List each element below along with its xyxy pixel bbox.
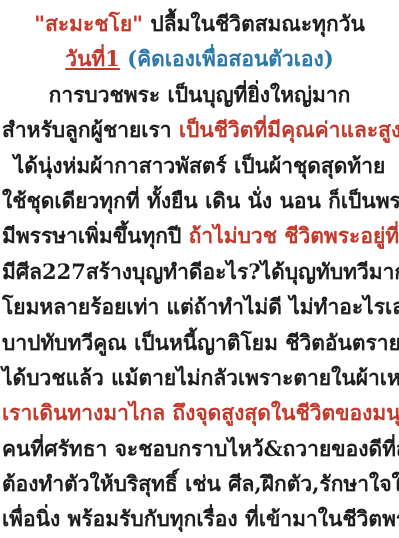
text-line: มีพรรษาเพิ่มขึ้นทุกปี ถ้าไม่บวช ชีวิตพระ…	[2, 218, 397, 253]
text-line: สำหรับลูกผู้ชายเรา เป็นชีวิตที่มีคุณค่าแ…	[2, 112, 397, 147]
text-segment: เพื่อนิ่ง พร้อมรับกับทุกเรื่อง ที่เข้ามา…	[2, 506, 399, 531]
text-segment: การบวชพระ เป็นบุญที่ยิ่งใหญ่มาก	[49, 82, 351, 107]
text-segment: เป็นชีวิตที่มีคุณค่าและสูงส่ง	[179, 117, 399, 142]
text-line: ได้บวชแล้ว แม้ตายไม่กลัวเพราะตายในผ้าเหล…	[2, 360, 397, 395]
text-segment: "สะมะชโย"	[34, 11, 143, 36]
document-text: "สะมะชโย" ปลื้มในชีวิตสมณะทุกวันวันที่1 …	[0, 0, 399, 538]
text-segment: ได้นุ่งห่มผ้ากาสาวพัสตร์ เป็นผ้าชุดสุดท้…	[14, 153, 386, 178]
text-line: เพื่อนิ่ง พร้อมรับกับทุกเรื่อง ที่เข้ามา…	[2, 501, 397, 536]
text-line: โยมหลายร้อยเท่า แต่ถ้าทำไม่ดี ไม่ทำอะไรเ…	[2, 289, 397, 324]
text-line: วันที่1 (คิดเองเพื่อสอนตัวเอง)	[2, 41, 397, 76]
text-segment: มีพรรษาเพิ่มขึ้นทุกปี	[2, 223, 189, 248]
text-line: คนที่ศรัทธา จะชอบกราบไหว้&ถวายของดีที่สุ…	[2, 431, 397, 466]
text-line: มีศีล227สร้างบุญทำดีอะไร?ได้บุญทับทวีมาก…	[2, 254, 397, 289]
text-line: ใช้ชุดเดียวทุกที่ ทั้งยืน เดิน นั่ง นอน …	[2, 183, 397, 218]
text-segment: วันที่1	[65, 46, 120, 71]
text-segment: ได้บวชแล้ว แม้ตายไม่กลัวเพราะตายในผ้าเหล…	[2, 365, 399, 390]
text-segment: สำหรับลูกผู้ชายเรา	[2, 117, 179, 142]
text-segment: ต้องทำตัวให้บริสุทธิ์ เช่น ศีล,ฝึกตัว,รั…	[2, 471, 399, 496]
text-segment: (คิดเองเพื่อสอนตัวเอง)	[120, 46, 334, 71]
text-segment: คนที่ศรัทธา จะชอบกราบไหว้&ถวายของดีที่สุ…	[2, 436, 399, 461]
text-line: "สะมะชโย" ปลื้มในชีวิตสมณะทุกวัน	[2, 6, 397, 41]
text-line: ได้นุ่งห่มผ้ากาสาวพัสตร์ เป็นผ้าชุดสุดท้…	[2, 148, 397, 183]
text-segment: บาปทับทวีคูณ เป็นหนี้ญาติโยม ชีวิตอันตรา…	[2, 330, 399, 355]
text-line: การบวชพระ เป็นบุญที่ยิ่งใหญ่มาก	[2, 77, 397, 112]
text-segment: เราเดินทางมาไกล ถึงจุดสูงสุดในชีวิตของมน…	[2, 400, 399, 425]
text-line: บาปทับทวีคูณ เป็นหนี้ญาติโยม ชีวิตอันตรา…	[2, 325, 397, 360]
text-line: เราเดินทางมาไกล ถึงจุดสูงสุดในชีวิตของมน…	[2, 395, 397, 430]
text-line: ต้องทำตัวให้บริสุทธิ์ เช่น ศีล,ฝึกตัว,รั…	[2, 466, 397, 501]
text-segment: โยมหลายร้อยเท่า แต่ถ้าทำไม่ดี ไม่ทำอะไรเ…	[2, 294, 399, 319]
text-segment: ปลื้มในชีวิตสมณะทุกวัน	[143, 11, 365, 36]
text-segment: ถ้าไม่บวช ชีวิตพระอยู่ที่0	[189, 223, 399, 248]
text-segment: มีศีล227สร้างบุญทำดีอะไร?ได้บุญทับทวีมาก…	[2, 259, 399, 284]
text-segment: ใช้ชุดเดียวทุกที่ ทั้งยืน เดิน นั่ง นอน …	[2, 188, 399, 213]
